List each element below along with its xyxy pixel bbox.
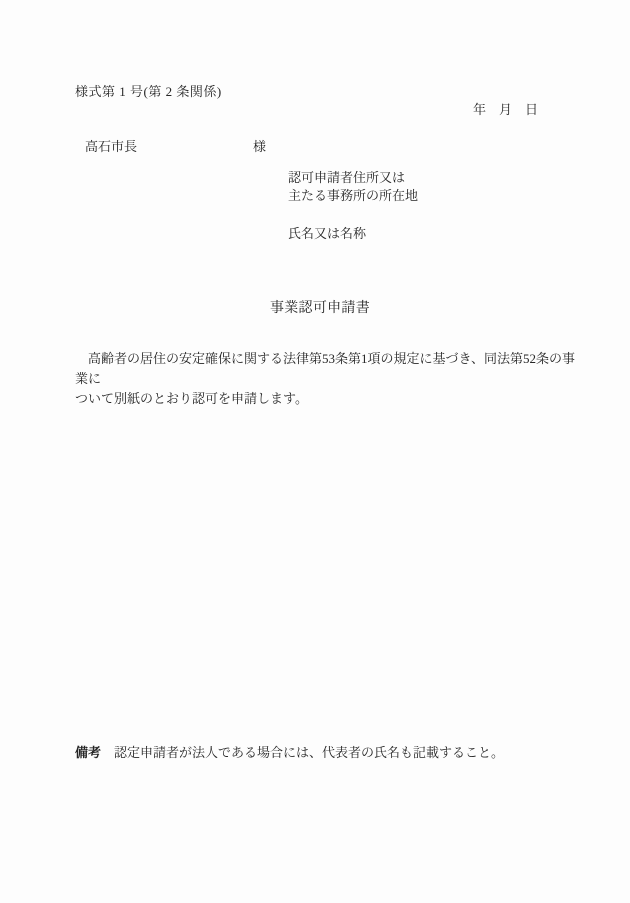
remarks-text: 認定申請者が法人である場合には、代表者の氏名も記載すること。 <box>101 745 504 760</box>
remarks-label: 備考 <box>75 745 101 760</box>
applicant-address-label-line2: 主たる事務所の所在地 <box>288 187 418 205</box>
form-number: 様式第 1 号(第 2 条関係) <box>75 81 222 100</box>
document-page: 様式第 1 号(第 2 条関係) 年 月 日 高石市長 様 認可申請者住所又は … <box>0 0 630 903</box>
body-paragraph: 高齢者の居住の安定確保に関する法律第53条第1項の規定に基づき、同法第52条の事… <box>75 349 577 409</box>
remarks-note: 備考 認定申請者が法人である場合には、代表者の氏名も記載すること。 <box>75 742 504 761</box>
date-line: 年 月 日 <box>473 99 538 118</box>
addressee-honorific: 様 <box>253 136 266 155</box>
addressee-row: 高石市長 様 <box>85 136 385 154</box>
addressee-name: 高石市長 <box>85 139 137 154</box>
applicant-address-label: 認可申請者住所又は 主たる事務所の所在地 <box>288 169 418 205</box>
document-title: 事業認可申請書 <box>0 297 630 317</box>
applicant-name-label: 氏名又は名称 <box>288 223 366 242</box>
applicant-address-label-line1: 認可申請者住所又は <box>288 169 418 187</box>
